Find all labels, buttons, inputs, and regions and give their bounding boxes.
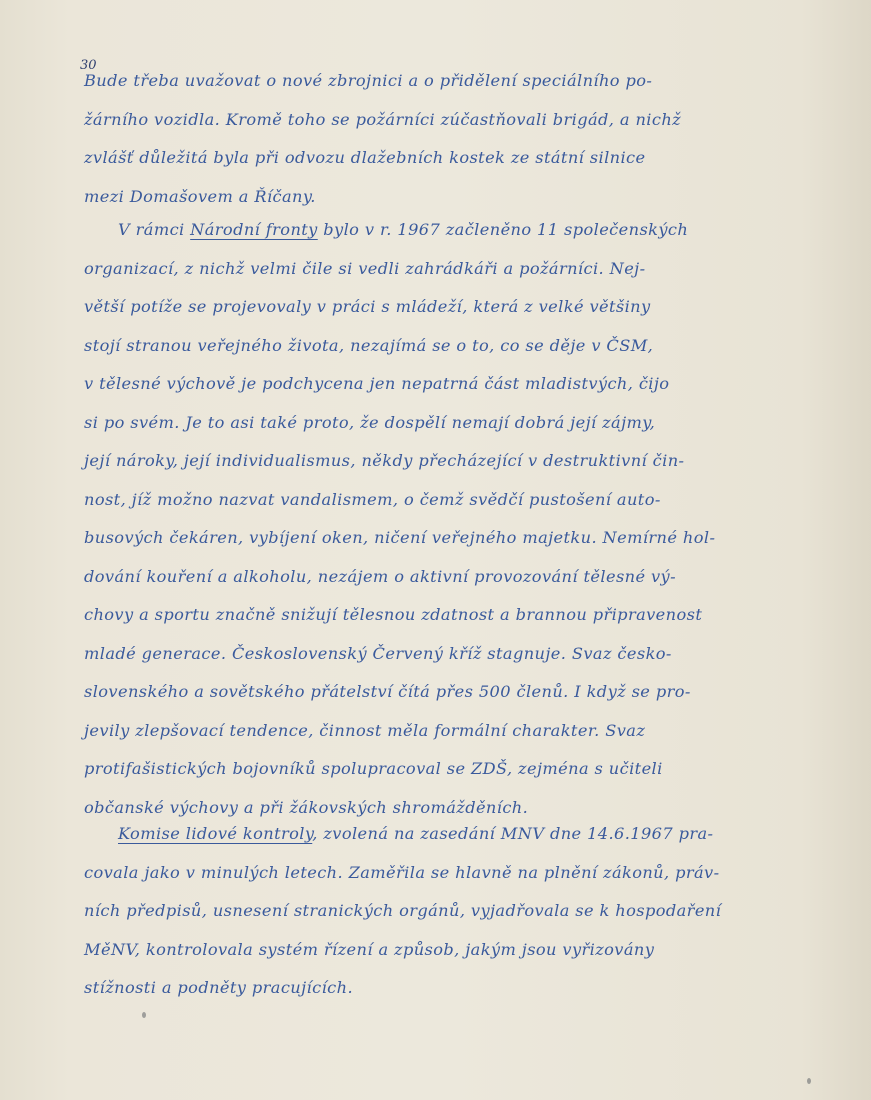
text-line: zvlášť důležitá byla při odvozu dlažební… [84, 139, 804, 178]
text-line: ních předpisů, usnesení stranických orgá… [84, 892, 804, 931]
text-line: nost, jíž možno nazvat vandalismem, o če… [84, 481, 804, 520]
paragraph-fire-brigade: Bude třeba uvažovat o nové zbrojnici a o… [84, 62, 804, 216]
paragraph-national-front: V rámci Národní fronty bylo v r. 1967 za… [84, 211, 804, 827]
text-line: jevily zlepšovací tendence, činnost měla… [84, 712, 804, 751]
text-line: žárního vozidla. Kromě toho se požárníci… [84, 101, 804, 140]
text-line: covala jako v minulých letech. Zaměřila … [84, 854, 804, 893]
text-fragment: V rámci [118, 220, 190, 239]
text-line: dování kouření a alkoholu, nezájem o akt… [84, 558, 804, 597]
paragraph-control-commission: Komise lidové kontroly, zvolená na zased… [84, 815, 804, 1008]
text-line: MěNV, kontrolovala systém řízení a způso… [84, 931, 804, 970]
text-fragment: , zvolená na zasedání MNV dne 14.6.1967 … [312, 824, 713, 843]
text-line: její nároky, její individualismus, někdy… [84, 442, 804, 481]
text-line: organizací, z nichž velmi čile si vedli … [84, 250, 804, 289]
text-line: v tělesné výchově je podchycena jen nepa… [84, 365, 804, 404]
text-fragment: bylo v r. 1967 začleněno 11 společenskýc… [318, 220, 688, 239]
text-line: si po svém. Je to asi také proto, že dos… [84, 404, 804, 443]
text-line: protifašistických bojovníků spolupracova… [84, 750, 804, 789]
text-line: stížnosti a podněty pracujících. [84, 969, 804, 1008]
paragraph-first-line: Komise lidové kontroly, zvolená na zased… [84, 815, 804, 854]
heading-national-front: Národní fronty [190, 220, 318, 239]
paper-speck [807, 1078, 811, 1084]
text-line: busových čekáren, vybíjení oken, ničení … [84, 519, 804, 558]
text-line: slovenského a sovětského přátelství čítá… [84, 673, 804, 712]
text-line: stojí stranou veřejného života, nezajímá… [84, 327, 804, 366]
text-line: mladé generace. Československý Červený k… [84, 635, 804, 674]
text-line: Bude třeba uvažovat o nové zbrojnici a o… [84, 62, 804, 101]
paragraph-first-line: V rámci Národní fronty bylo v r. 1967 za… [84, 211, 804, 250]
text-line: větší potíže se projevovaly v práci s ml… [84, 288, 804, 327]
text-line: chovy a sportu značně snižují tělesnou z… [84, 596, 804, 635]
heading-control-commission: Komise lidové kontroly [118, 824, 312, 843]
paper-speck [142, 1012, 146, 1018]
